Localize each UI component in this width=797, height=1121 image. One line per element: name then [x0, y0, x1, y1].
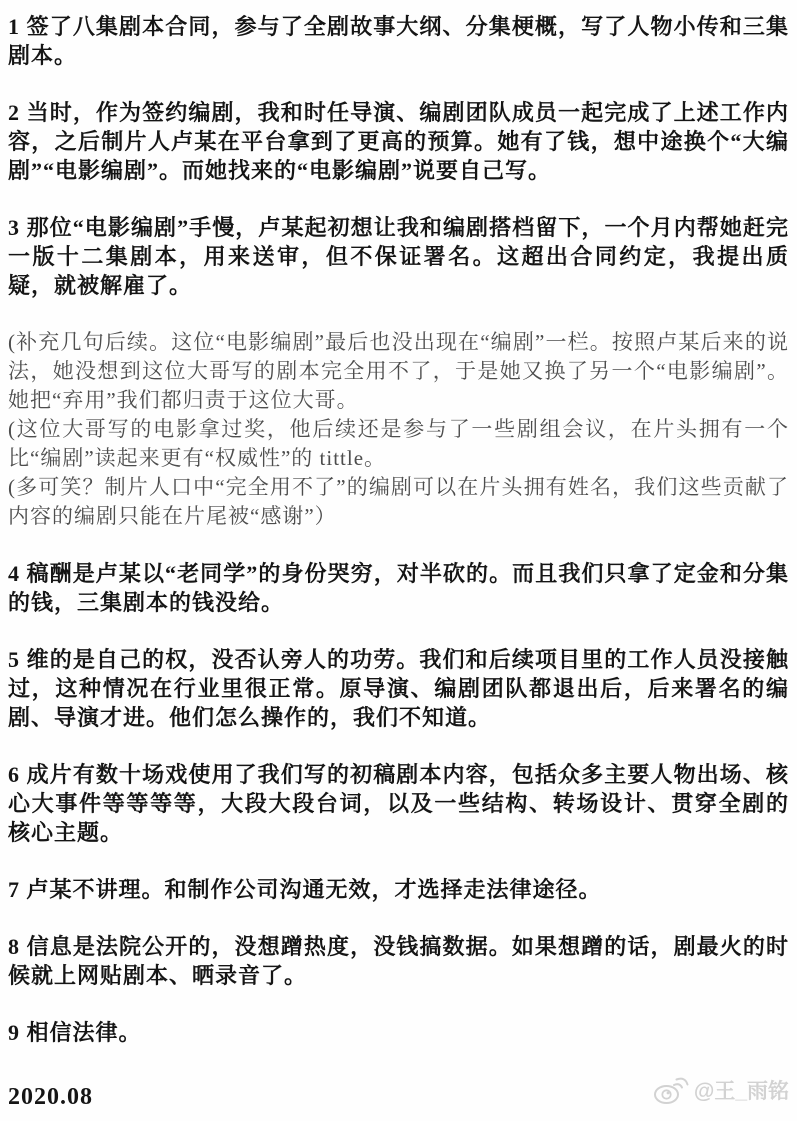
post-image-page: 1 签了八集剧本合同，参与了全剧故事大纲、分集梗概，写了人物小传和三集剧本。2 …	[0, 0, 797, 1121]
post-paragraph: 7 卢某不讲理。和制作公司沟通无效，才选择走法律途径。	[8, 875, 789, 904]
note-paragraph: (多可笑？制片人口中“完全用不了”的编剧可以在片头拥有姓名，我们这些贡献了内容的…	[8, 473, 789, 531]
weibo-watermark: @王_雨铭	[653, 1075, 789, 1105]
post-paragraph: 3 那位“电影编剧”手慢，卢某起初想让我和编剧搭档留下，一个月内帮她赶完一版十二…	[8, 213, 789, 300]
post-body: 1 签了八集剧本合同，参与了全剧故事大纲、分集梗概，写了人物小传和三集剧本。2 …	[8, 12, 789, 1075]
post-paragraph: 5 维的是自己的权，没否认旁人的功劳。我们和后续项目里的工作人员没接触过，这种情…	[8, 645, 789, 732]
post-paragraph: 1 签了八集剧本合同，参与了全剧故事大纲、分集梗概，写了人物小传和三集剧本。	[8, 12, 789, 70]
post-date: 2020.08	[8, 1084, 93, 1111]
note-paragraph: (补充几句后续。这位“电影编剧”最后也没出现在“编剧”一栏。按照卢某后来的说法，…	[8, 328, 789, 415]
note-paragraph: (这位大哥写的电影拿过奖，他后续还是参与了一些剧组会议，在片头拥有一个比“编剧”…	[8, 415, 789, 473]
watermark-handle: @王_雨铭	[694, 1075, 789, 1105]
post-paragraph: 6 成片有数十场戏使用了我们写的初稿剧本内容，包括众多主要人物出场、核心大事件等…	[8, 760, 789, 847]
footer-row: 2020.08 @王_雨铭	[8, 1075, 789, 1111]
weibo-logo-icon	[653, 1075, 689, 1105]
post-paragraph: 9 相信法律。	[8, 1018, 789, 1047]
post-paragraph: 4 稿酬是卢某以“老同学”的身份哭穷，对半砍的。而且我们只拿了定金和分集的钱，三…	[8, 559, 789, 617]
post-paragraph: 8 信息是法院公开的，没想蹭热度，没钱搞数据。如果想蹭的话，剧最火的时候就上网贴…	[8, 932, 789, 990]
post-paragraph: 2 当时，作为签约编剧，我和时任导演、编剧团队成员一起完成了上述工作内容，之后制…	[8, 98, 789, 185]
note-group: (补充几句后续。这位“电影编剧”最后也没出现在“编剧”一栏。按照卢某后来的说法，…	[8, 328, 789, 531]
